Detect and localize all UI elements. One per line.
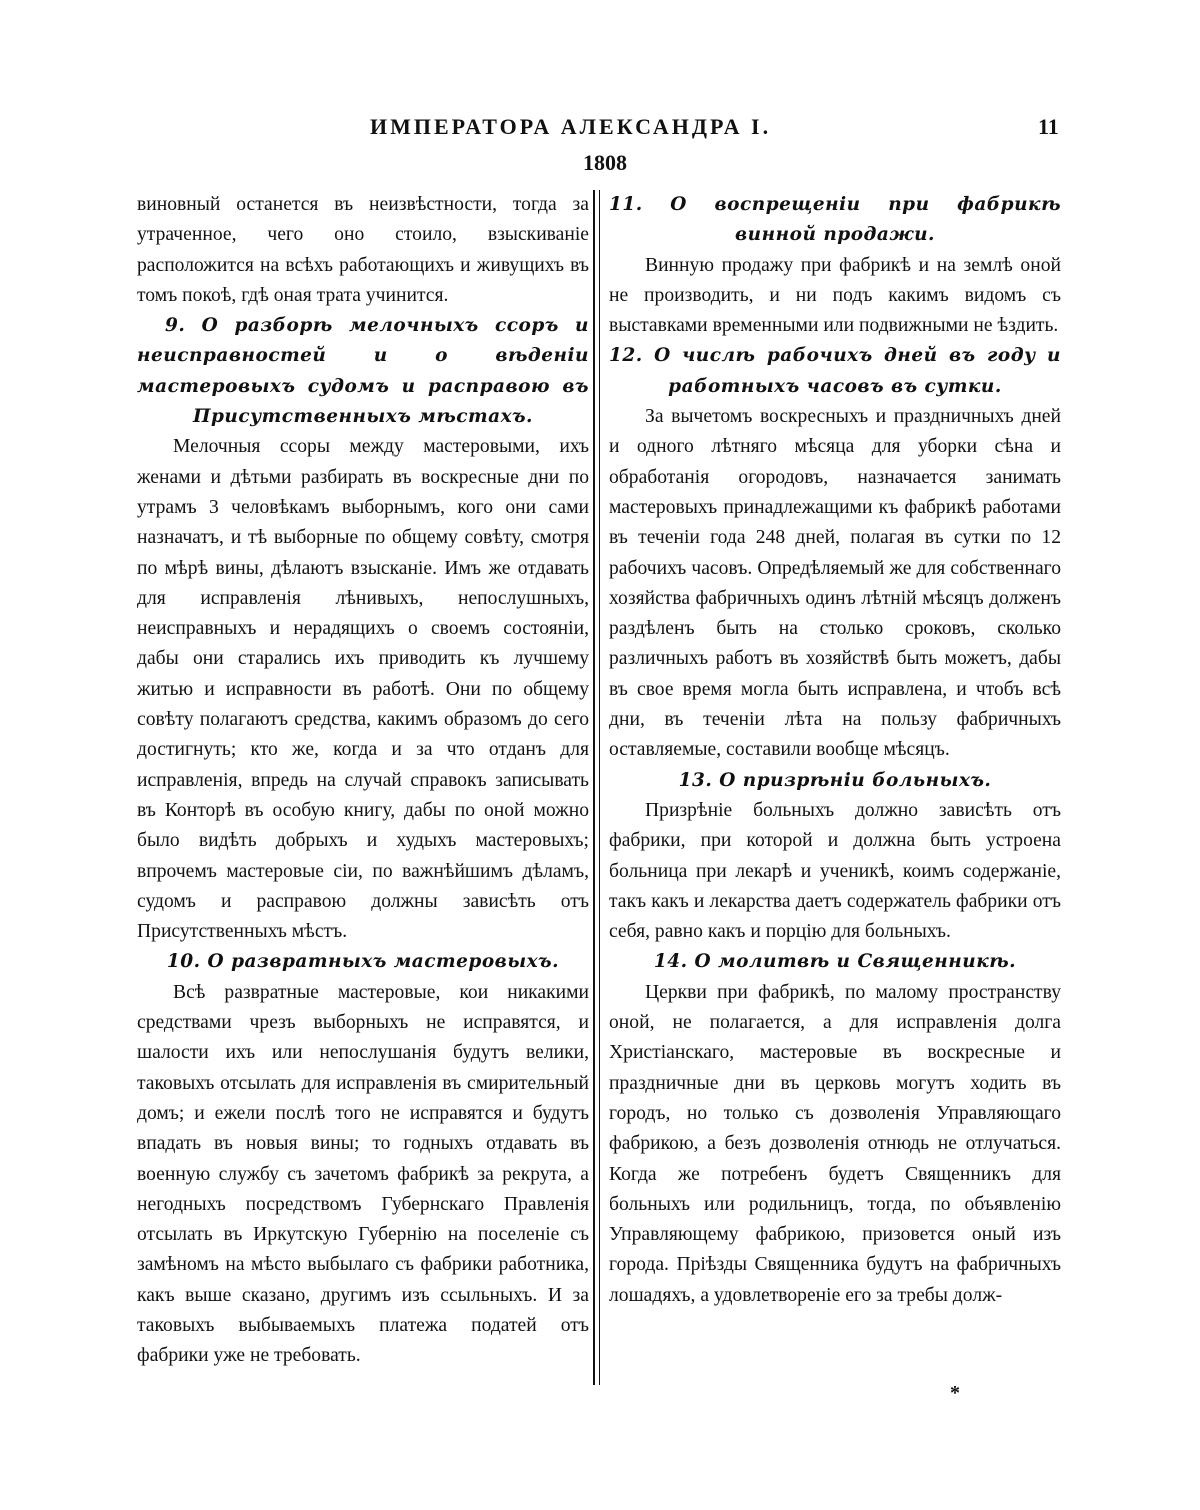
section-13-body: Призрѣніе больныхъ должно зависѣть отъ ф… bbox=[609, 796, 1061, 947]
section-13-heading: 13. О призрѣніи больныхъ. bbox=[609, 766, 1061, 796]
section-12-heading: 12. О числѣ рабочихъ дней въ году и рабо… bbox=[609, 341, 1061, 402]
year-heading: 1808 bbox=[0, 150, 1200, 176]
section-9-heading: 9. О разборѣ мелочныхъ ссоръ и неисправн… bbox=[137, 311, 589, 432]
column-divider bbox=[593, 190, 600, 1385]
right-column: 11. О воспрещеніи при фабрикѣ винной про… bbox=[609, 190, 1061, 1311]
running-title: ИМПЕРАТОРА АЛЕКСАНДРА I. bbox=[370, 114, 771, 140]
section-10-heading: 10. О развратныхъ мастеровыхъ. bbox=[137, 947, 589, 977]
section-14-heading: 14. О молитвѣ и Священникѣ. bbox=[609, 947, 1061, 977]
section-11-heading: 11. О воспрещеніи при фабрикѣ винной про… bbox=[609, 190, 1061, 251]
section-11-body: Винную продажу при фабрикѣ и на землѣ он… bbox=[609, 251, 1061, 342]
signature-mark: * bbox=[950, 1382, 960, 1405]
page-number: 11 bbox=[1038, 114, 1059, 140]
left-column: виновный останется въ неизвѣстности, тог… bbox=[137, 190, 589, 1372]
running-head: ИМПЕРАТОРА АЛЕКСАНДРА I. 11 bbox=[0, 114, 1200, 146]
section-10-body: Всѣ развратные мастеровые, кои никакими … bbox=[137, 978, 589, 1372]
continuation-paragraph: виновный останется въ неизвѣстности, тог… bbox=[137, 190, 589, 311]
section-9-body: Мелочныя ссоры между мастеровыми, ихъ же… bbox=[137, 432, 589, 947]
section-12-body: За вычетомъ воскресныхъ и праздничныхъ д… bbox=[609, 402, 1061, 766]
section-14-body: Церкви при фабрикѣ, по малому пространст… bbox=[609, 978, 1061, 1311]
